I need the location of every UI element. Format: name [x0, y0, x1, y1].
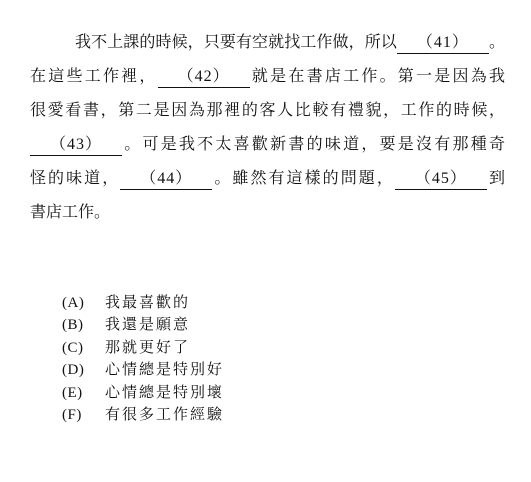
blank-number-label: （42） — [178, 68, 230, 85]
passage-line: 在這些工作裡，（42）就是在書店工作。第一是因為我 — [30, 60, 505, 94]
option-text: 有很多工作經驗 — [105, 403, 224, 424]
option-text: 心情總是特別好 — [105, 358, 224, 379]
option-text: 我最喜歡的 — [105, 291, 190, 312]
option-letter-label: (C) — [62, 340, 105, 357]
exam-page: 我不上課的時候，只要有空就找工作做，所以（41）。在這些工作裡，（42）就是在書… — [0, 0, 531, 482]
passage-line: 很愛看書，第二是因為那裡的客人比較有禮貌，工作的時候， — [30, 94, 505, 128]
passage-text-segment: 很愛看書，第二是因為那裡的客人比較有禮貌，工作的時候， — [30, 102, 505, 119]
passage-text-segment: 就是在書店工作。第一是因為我 — [250, 68, 505, 85]
option-letter-label: (F) — [62, 407, 105, 424]
answer-option-row: (E) 心情總是特別壞 — [62, 381, 224, 403]
passage-text-segment: 我不上課的時候，只要有空就找工作做，所以 — [75, 34, 397, 51]
passage-text-segment: 怪的味道， — [30, 170, 120, 187]
reading-passage: 我不上課的時候，只要有空就找工作做，所以（41）。在這些工作裡，（42）就是在書… — [30, 26, 505, 230]
passage-line: （43）。可是我不太喜歡新書的味道，要是沒有那種奇 — [30, 128, 505, 162]
passage-text-segment: 。雖然有這樣的問題， — [212, 170, 395, 187]
answer-option-row: (B) 我還是願意 — [62, 313, 224, 335]
passage-text-segment: 書店工作。 — [30, 204, 110, 221]
passage-text-segment: 。可是我不太喜歡新書的味道，要是沒有那種奇 — [122, 136, 505, 153]
option-letter-label: (D) — [62, 362, 105, 379]
fill-in-blank: （45） — [395, 168, 487, 190]
answer-option-row: (C) 那就更好了 — [62, 336, 224, 358]
option-letter-label: (B) — [62, 317, 105, 334]
passage-line: 怪的味道，（44）。雖然有這樣的問題，（45）到 — [30, 162, 505, 196]
option-text: 心情總是特別壞 — [105, 381, 224, 402]
fill-in-blank: （41） — [397, 32, 489, 54]
blank-number-label: （43） — [50, 136, 102, 153]
passage-line: 我不上課的時候，只要有空就找工作做，所以（41）。 — [30, 26, 505, 60]
passage-text-segment: 到 — [487, 170, 505, 187]
option-letter-label: (A) — [62, 295, 105, 312]
answer-option-row: (D) 心情總是特別好 — [62, 358, 224, 380]
passage-line: 書店工作。 — [30, 196, 505, 230]
answer-options-list: (A) 我最喜歡的 (B) 我還是願意 (C) 那就更好了 (D) 心情總是特別… — [62, 291, 224, 425]
option-text: 那就更好了 — [105, 336, 190, 357]
blank-number-label: （44） — [140, 170, 192, 187]
blank-number-label: （45） — [415, 170, 467, 187]
blank-number-label: （41） — [417, 34, 469, 51]
option-text: 我還是願意 — [105, 313, 190, 334]
option-letter-label: (E) — [62, 385, 105, 402]
answer-option-row: (F) 有很多工作經驗 — [62, 403, 224, 425]
passage-text-segment: 。 — [489, 34, 505, 51]
fill-in-blank: （44） — [120, 168, 212, 190]
answer-option-row: (A) 我最喜歡的 — [62, 291, 224, 313]
fill-in-blank: （43） — [30, 134, 122, 156]
passage-text-segment: 在這些工作裡， — [30, 68, 158, 85]
fill-in-blank: （42） — [158, 66, 250, 88]
